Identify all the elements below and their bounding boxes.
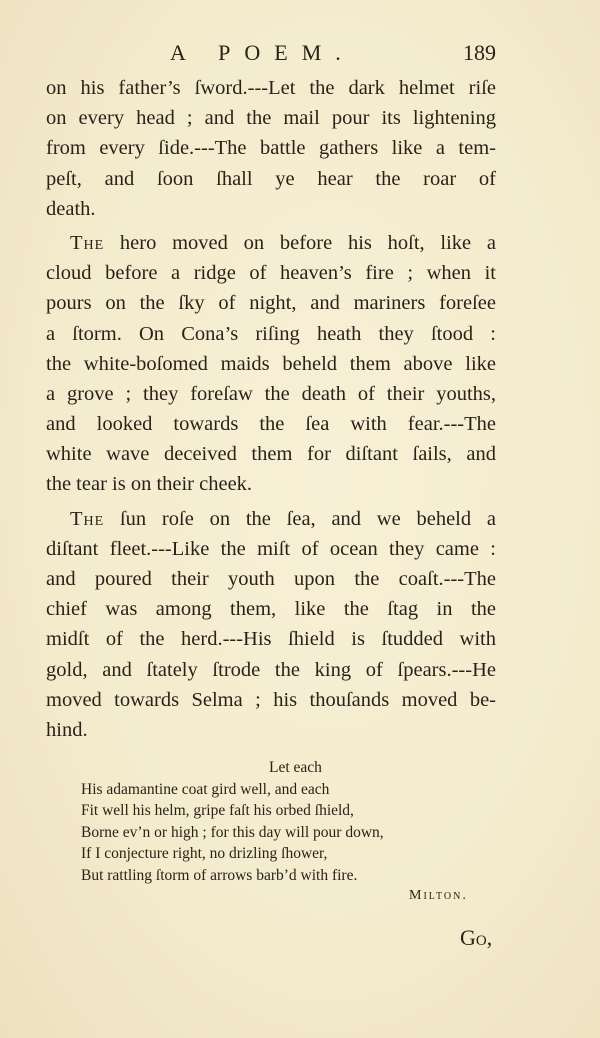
running-title: A POEM.	[170, 40, 355, 66]
text-line: moved towards Selma ; his thouſands move…	[46, 685, 496, 715]
verse-line: His adamantine coat gird well, and each	[81, 779, 501, 801]
verse-line: Fit well his helm, gripe faſt his orbed …	[81, 800, 501, 822]
text-line: from every ſide.---The battle gathers li…	[46, 133, 496, 163]
text-line: The ſun roſe on the ſea, and we beheld a	[46, 504, 496, 534]
text-fragment: ſun roſe on the ſea, and we beheld a	[104, 508, 496, 530]
paragraph-1: on his father’s ſword.---Let the dark he…	[46, 73, 496, 224]
text-line: and poured their youth upon the coaſt.--…	[46, 564, 496, 594]
page-number: 189	[463, 40, 496, 66]
body-text: on his father’s ſword.---Let the dark he…	[46, 73, 496, 745]
catchword: Go,	[460, 925, 492, 951]
text-line: the white-boſomed maids beheld them abov…	[46, 349, 496, 379]
text-line: on every head ; and the mail pour its li…	[46, 103, 496, 133]
text-line: gold, and ſtately ſtrode the king of ſpe…	[46, 655, 496, 685]
text-line: on his father’s ſword.---Let the dark he…	[46, 73, 496, 103]
quotation-attribution: Milton.	[409, 888, 468, 904]
text-line: white wave deceived them for diſtant ſai…	[46, 439, 496, 469]
paragraph-2: The hero moved on before his hoſt, like …	[46, 228, 496, 500]
text-line: hind.	[46, 715, 496, 745]
text-line: the tear is on their cheek.	[46, 469, 496, 499]
text-line: peſt, and ſoon ſhall ye hear the roar of	[46, 164, 496, 194]
verse-line: Borne ev’n or high ; for this day will p…	[81, 822, 501, 844]
quotation-lead: Let each	[81, 757, 501, 779]
paragraph-3: The ſun roſe on the ſea, and we beheld a…	[46, 504, 496, 746]
text-line: a grove ; they foreſaw the death of thei…	[46, 379, 496, 409]
text-line: The hero moved on before his hoſt, like …	[46, 228, 496, 258]
text-line: and looked towards the ſea with fear.---…	[46, 409, 496, 439]
paragraph-lead: The	[70, 508, 104, 530]
text-line: cloud before a ridge of heaven’s fire ; …	[46, 258, 496, 288]
verse-line: If I conjecture right, no drizling ſhowe…	[81, 843, 501, 865]
text-line: diſtant fleet.---Like the miſt of ocean …	[46, 534, 496, 564]
paragraph-lead: The	[70, 232, 104, 254]
book-page: A POEM. 189 on his father’s ſword.---Let…	[0, 0, 600, 1038]
text-line: a ſtorm. On Cona’s riſing heath they ſto…	[46, 319, 496, 349]
text-line: pours on the ſky of night, and mariners …	[46, 288, 496, 318]
text-fragment: hero moved on before his hoſt, like a	[104, 232, 496, 254]
verse-line: But rattling ſtorm of arrows barb’d with…	[81, 865, 501, 887]
page-header: A POEM. 189	[46, 40, 496, 74]
text-line: midſt of the herd.---His ſhield is ſtudd…	[46, 624, 496, 654]
verse-quotation: Let each His adamantine coat gird well, …	[81, 757, 501, 887]
text-line: death.	[46, 194, 496, 224]
text-line: chief was among them, like the ſtag in t…	[46, 594, 496, 624]
